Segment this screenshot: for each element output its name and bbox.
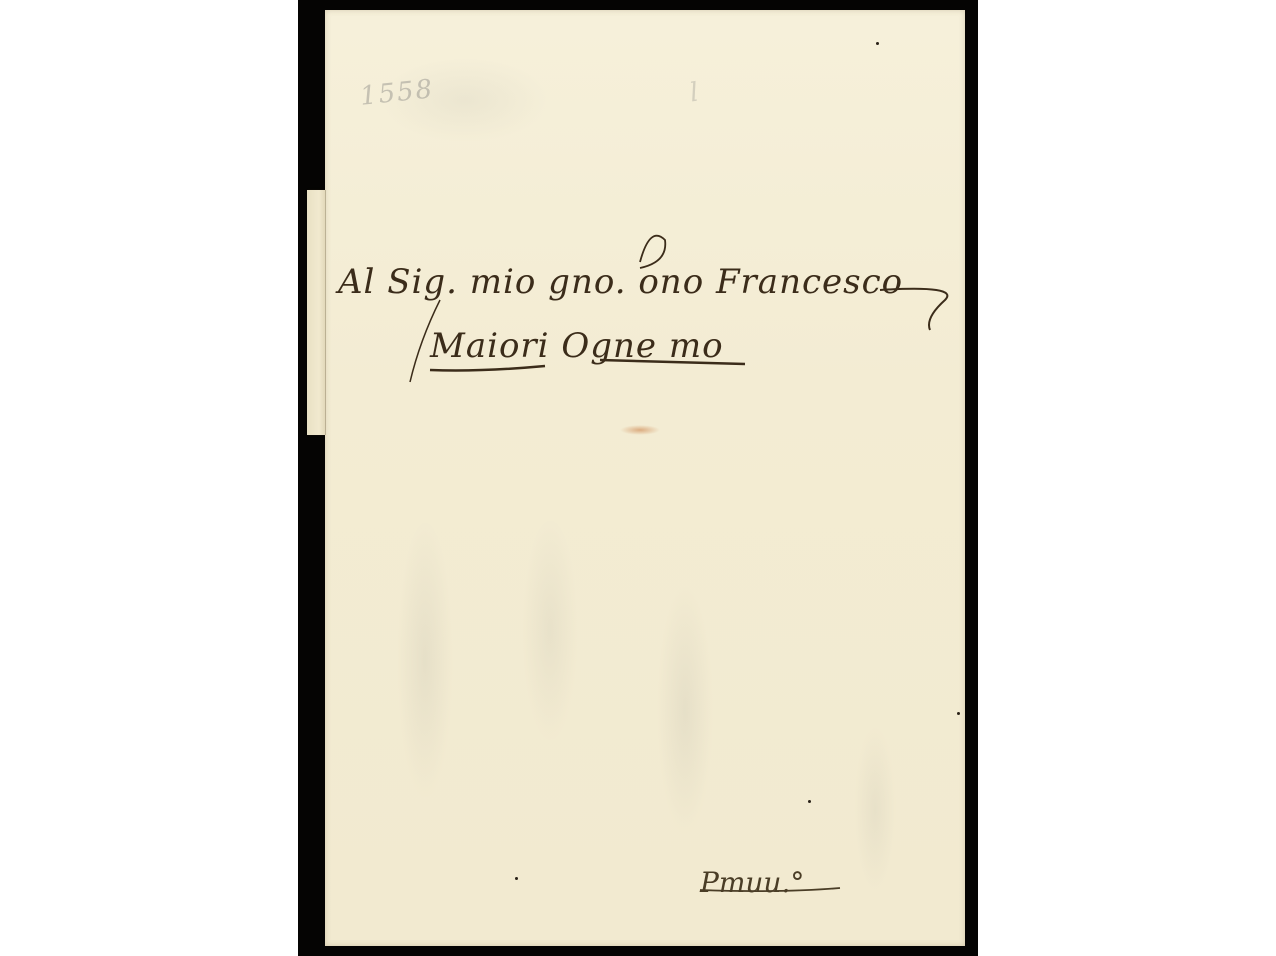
ink-speck bbox=[515, 877, 518, 880]
folded-paper-flap bbox=[307, 190, 327, 435]
ink-speck bbox=[876, 42, 879, 45]
letter-paper bbox=[325, 10, 965, 946]
address-line-1: Al Sig. mio gno. ono Francesco bbox=[338, 262, 903, 302]
rust-stain bbox=[620, 425, 660, 435]
fold-line bbox=[325, 190, 326, 435]
address-line-2: Maiori Ogne mo bbox=[430, 326, 724, 366]
docket-notation: Pmuu.° bbox=[700, 866, 804, 899]
ink-speck bbox=[808, 800, 811, 803]
ink-speck bbox=[957, 712, 960, 715]
